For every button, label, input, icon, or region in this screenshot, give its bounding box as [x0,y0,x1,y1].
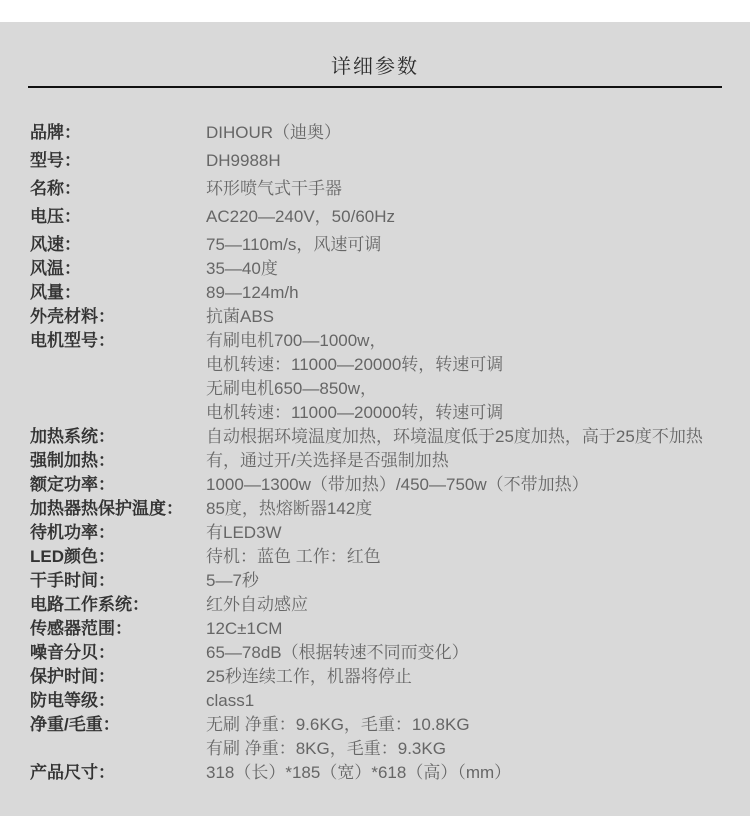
spec-value: 待机：蓝色 工作：红色 [206,545,746,569]
spec-label: 电压： [30,205,206,229]
spec-value-line: 25秒连续工作，机器将停止 [206,665,746,689]
spec-row: 电路工作系统： 红外自动感应 [30,593,746,617]
spec-value-line: 无刷 净重：9.6KG，毛重：10.8KG [206,713,746,737]
spec-row: 干手时间： 5—7秒 [30,569,746,593]
spec-row: 传感器范围： 12C±1CM [30,617,746,641]
spec-row: 防电等级： class1 [30,689,746,713]
spec-label: 防电等级： [30,689,206,713]
spec-label: 风速： [30,233,206,257]
spec-row: 待机功率： 有LED3W [30,521,746,545]
product-spec-page: 详细参数 品牌： DIHOUR（迪奥） 型号： DH9988H 名称： 环形喷气… [0,0,750,816]
spec-row: 电压： AC220—240V，50/60Hz [30,205,746,229]
top-white-strip [0,0,750,22]
spec-value: 红外自动感应 [206,593,746,617]
spec-value-line: 85度，热熔断器142度 [206,497,746,521]
spec-label: 品牌： [30,121,206,145]
spec-row: 加热器热保护温度： 85度，热熔断器142度 [30,497,746,521]
spec-value-line: 35—40度 [206,257,746,281]
spec-label: 风量： [30,281,206,305]
spec-row: 噪音分贝： 65—78dB（根据转速不同而变化） [30,641,746,665]
spec-value-line: 89—124m/h [206,281,746,305]
spec-row: 风速： 75—110m/s，风速可调 [30,233,746,257]
spec-value: 有，通过开/关选择是否强制加热 [206,449,746,473]
spec-label: 保护时间： [30,665,206,689]
spec-value-line: 待机：蓝色 工作：红色 [206,545,746,569]
spec-value: 无刷 净重：9.6KG，毛重：10.8KG有刷 净重：8KG，毛重：9.3KG [206,713,746,761]
spec-label: 风温： [30,257,206,281]
spec-value: 抗菌ABS [206,305,746,329]
spec-value-line: 电机转速：11000—20000转，转速可调 [206,401,746,425]
spec-value-line: DIHOUR（迪奥） [206,121,746,145]
spec-value-line: 65—78dB（根据转速不同而变化） [206,641,746,665]
spec-row: 型号： DH9988H [30,149,746,173]
spec-value: 有刷电机700—1000w，电机转速：11000—20000转，转速可调无刷电机… [206,329,746,425]
spec-label: 加热系统： [30,425,206,449]
spec-row: 保护时间： 25秒连续工作，机器将停止 [30,665,746,689]
spec-label: 加热器热保护温度： [30,497,206,521]
spec-label: 电路工作系统： [30,593,206,617]
spec-value: DH9988H [206,149,746,173]
spec-row: 外壳材料： 抗菌ABS [30,305,746,329]
spec-value-line: 自动根据环境温度加热，环境温度低于25度加热，高于25度不加热 [206,425,746,449]
spec-label: 额定功率： [30,473,206,497]
spec-value: 89—124m/h [206,281,746,305]
spec-label: LED颜色： [30,545,206,569]
spec-row: 净重/毛重： 无刷 净重：9.6KG，毛重：10.8KG有刷 净重：8KG，毛重… [30,713,746,761]
spec-value: 5—7秒 [206,569,746,593]
spec-value: 318（长）*185（宽）*618（高）（mm） [206,761,746,785]
spec-label: 强制加热： [30,449,206,473]
spec-row: 产品尺寸： 318（长）*185（宽）*618（高）（mm） [30,761,746,785]
spec-value-line: 1000—1300w（带加热）/450—750w（不带加热） [206,473,746,497]
spec-value: DIHOUR（迪奥） [206,121,746,145]
spec-label: 产品尺寸： [30,761,206,785]
spec-row: 名称： 环形喷气式干手器 [30,177,746,201]
spec-row: 风量： 89—124m/h [30,281,746,305]
spec-list: 品牌： DIHOUR（迪奥） 型号： DH9988H 名称： 环形喷气式干手器 … [30,121,746,785]
spec-row: LED颜色： 待机：蓝色 工作：红色 [30,545,746,569]
spec-value: 12C±1CM [206,617,746,641]
spec-row: 品牌： DIHOUR（迪奥） [30,121,746,145]
spec-row: 加热系统： 自动根据环境温度加热，环境温度低于25度加热，高于25度不加热 [30,425,746,449]
spec-value: 有LED3W [206,521,746,545]
spec-value-line: 有，通过开/关选择是否强制加热 [206,449,746,473]
spec-value: 75—110m/s，风速可调 [206,233,746,257]
spec-value-line: DH9988H [206,149,746,173]
spec-label: 电机型号： [30,329,206,353]
spec-value-line: 75—110m/s，风速可调 [206,233,746,257]
spec-value: 1000—1300w（带加热）/450—750w（不带加热） [206,473,746,497]
spec-value-line: 有刷电机700—1000w， [206,329,746,353]
spec-label: 型号： [30,149,206,173]
spec-value: 85度，热熔断器142度 [206,497,746,521]
spec-value-line: 环形喷气式干手器 [206,177,746,201]
spec-value: class1 [206,689,746,713]
page-title: 详细参数 [0,22,750,79]
title-divider [28,86,722,88]
spec-row: 额定功率： 1000—1300w（带加热）/450—750w（不带加热） [30,473,746,497]
spec-value-line: 电机转速：11000—20000转，转速可调 [206,353,746,377]
spec-row: 风温： 35—40度 [30,257,746,281]
spec-value: 环形喷气式干手器 [206,177,746,201]
spec-row: 电机型号： 有刷电机700—1000w，电机转速：11000—20000转，转速… [30,329,746,425]
spec-label: 外壳材料： [30,305,206,329]
spec-label: 名称： [30,177,206,201]
spec-value: 35—40度 [206,257,746,281]
spec-value-line: AC220—240V，50/60Hz [206,205,746,229]
spec-value-line: 抗菌ABS [206,305,746,329]
spec-value-line: 有刷 净重：8KG，毛重：9.3KG [206,737,746,761]
spec-label: 噪音分贝： [30,641,206,665]
spec-value-line: 318（长）*185（宽）*618（高）（mm） [206,761,746,785]
spec-value-line: 有LED3W [206,521,746,545]
spec-sheet: 详细参数 品牌： DIHOUR（迪奥） 型号： DH9988H 名称： 环形喷气… [0,22,750,816]
spec-value: 25秒连续工作，机器将停止 [206,665,746,689]
spec-value-line: 5—7秒 [206,569,746,593]
spec-value: AC220—240V，50/60Hz [206,205,746,229]
spec-value: 65—78dB（根据转速不同而变化） [206,641,746,665]
spec-value: 自动根据环境温度加热，环境温度低于25度加热，高于25度不加热 [206,425,746,449]
spec-label: 干手时间： [30,569,206,593]
spec-value-line: 无刷电机650—850w， [206,377,746,401]
spec-value-line: 红外自动感应 [206,593,746,617]
spec-value-line: 12C±1CM [206,617,746,641]
spec-label: 传感器范围： [30,617,206,641]
spec-label: 净重/毛重： [30,713,206,737]
spec-label: 待机功率： [30,521,206,545]
spec-value-line: class1 [206,689,746,713]
spec-row: 强制加热： 有，通过开/关选择是否强制加热 [30,449,746,473]
